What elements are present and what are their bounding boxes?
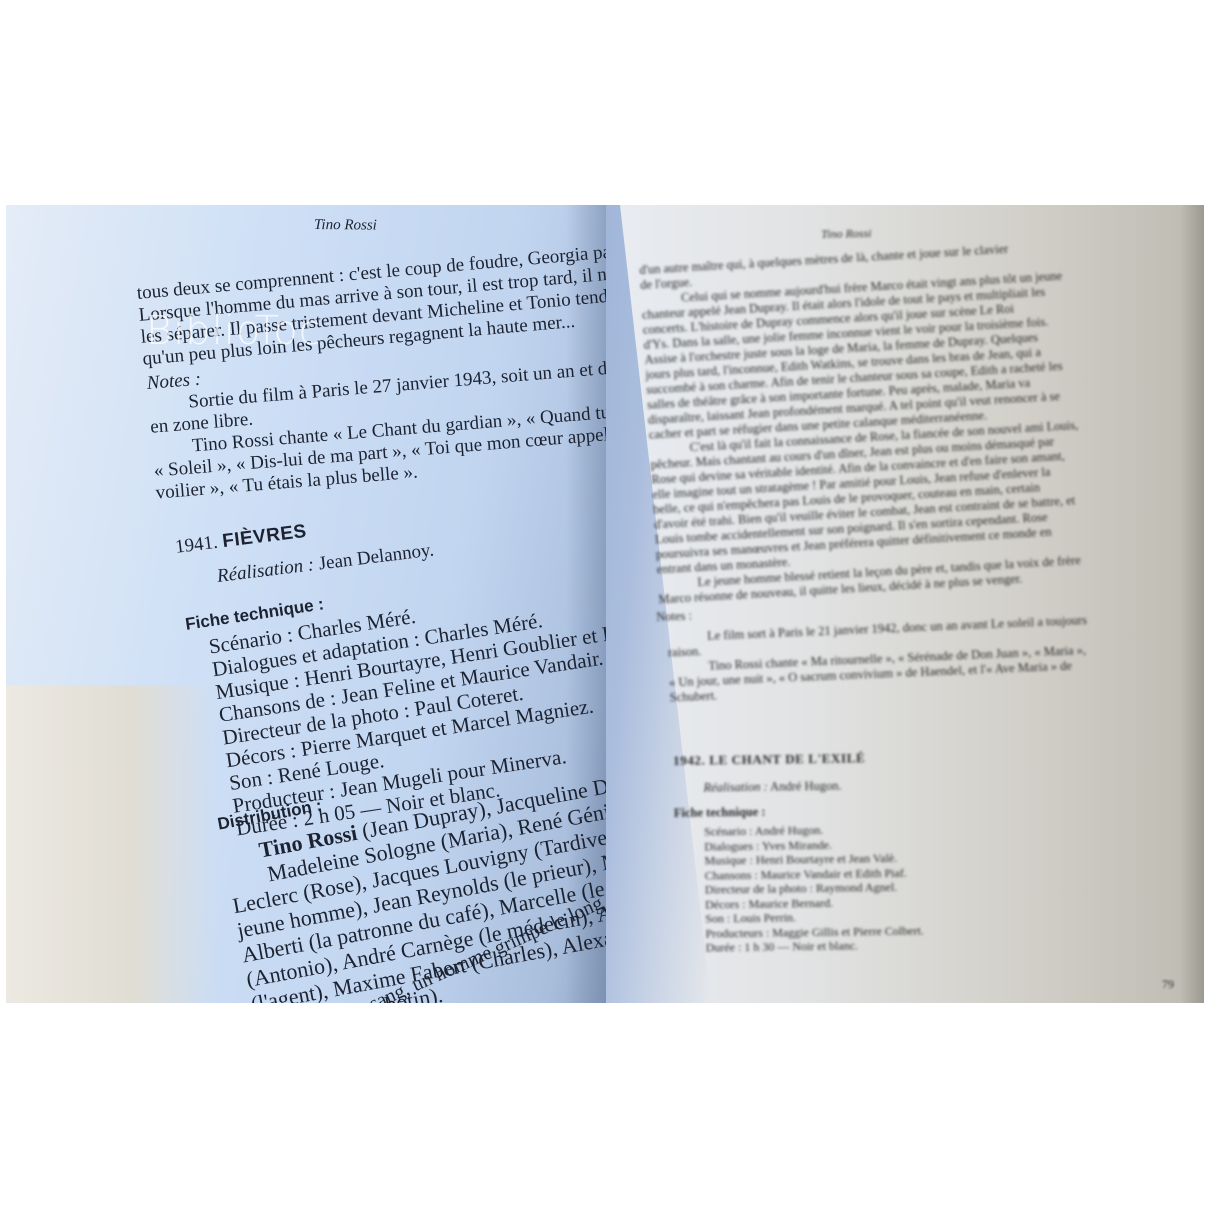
realisation-label: Réalisation : — [703, 780, 767, 795]
realisation-value: Jean Delannoy. — [317, 540, 435, 575]
credit-line: Producteurs : Maggie Gillis et Pierre Co… — [705, 923, 923, 941]
right-paragraph: d'un autre maître qui, à quelques mètres… — [639, 238, 1087, 607]
running-head-right: Tino Rossi — [821, 226, 872, 242]
film-title: FIÈVRES — [221, 521, 308, 552]
realisation-label: Réalisation : — [216, 554, 315, 587]
credit-line: Durée : 1 h 30 — Noir et blanc. — [706, 938, 924, 956]
fiche-label-right: Fiche technique : — [674, 803, 922, 821]
credit-line: Directeur de la photo : Raymond Agnel. — [705, 880, 923, 898]
running-head-left: Tino Rossi — [314, 217, 377, 235]
watermark: BiblioToc — [146, 308, 322, 354]
film-year: 1941. — [174, 532, 219, 558]
film-title: LE CHANT DE L'EXILÉ — [709, 750, 865, 767]
realisation-value: André Hugon. — [770, 779, 842, 794]
film-year: 1942. — [673, 753, 705, 768]
page-number: 79 — [1162, 977, 1174, 992]
page-edge — [1180, 205, 1204, 1003]
right-credits: Scénario : André Hugon.Dialogues : Yves … — [704, 822, 924, 956]
film-heading-right: 1942. LE CHANT DE L'EXILÉ — [673, 750, 921, 769]
book-photo: Tino Rossi d'un autre maître qui, à quel… — [6, 205, 1204, 1003]
lower-page-shadow — [6, 685, 216, 1003]
right-notes: Le film sort à Paris le 21 janvier 1942,… — [667, 613, 1090, 706]
right-page: Tino Rossi d'un autre maître qui, à quel… — [581, 205, 1204, 1003]
